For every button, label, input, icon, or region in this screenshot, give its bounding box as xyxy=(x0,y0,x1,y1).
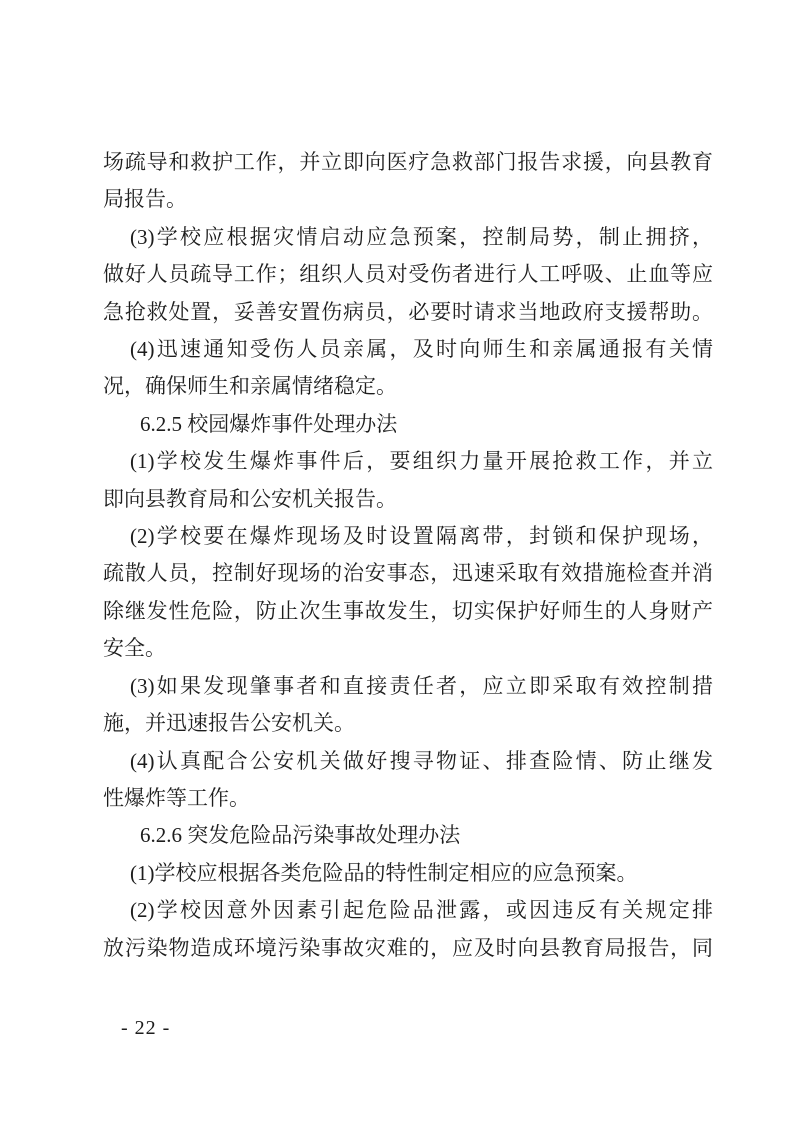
text-line: (4)迅速通知受伤人员亲属，及时向师生和亲属通报有关情 xyxy=(103,331,713,368)
text-line: (3)学校应根据灾情启动应急预案，控制局势，制止拥挤， xyxy=(103,219,713,256)
text-line: (4)认真配合公安机关做好搜寻物证、排查险情、防止继发 xyxy=(103,743,713,780)
text-line: 性爆炸等工作。 xyxy=(103,780,713,817)
text-line: 除继发性危险，防止次生事故发生，切实保护好师生的人身财产 xyxy=(103,593,713,630)
text-line: 急抢救处置，妥善安置伤病员，必要时请求当地政府支援帮助。 xyxy=(103,294,713,331)
text-line: (1)学校发生爆炸事件后，要组织力量开展抢救工作，并立 xyxy=(103,443,713,480)
text-line: 局报告。 xyxy=(103,181,713,218)
text-line: 施，并迅速报告公安机关。 xyxy=(103,705,713,742)
document-body: 场疏导和救护工作，并立即向医疗急救部门报告求援，向县教育局报告。(3)学校应根据… xyxy=(103,144,713,967)
text-line: 即向县教育局和公安机关报告。 xyxy=(103,481,713,518)
page-number: - 22 - xyxy=(121,1017,170,1039)
text-line: 疏散人员，控制好现场的治安事态，迅速采取有效措施检查并消 xyxy=(103,555,713,592)
text-line: (2)学校因意外因素引起危险品泄露，或因违反有关规定排 xyxy=(103,892,713,929)
page-footer: - 22 - xyxy=(121,1013,170,1043)
section-heading-line: 6.2.6 突发危险品污染事故处理办法 xyxy=(103,817,713,854)
text-line: 放污染物造成环境污染事故灾难的，应及时向县教育局报告，同 xyxy=(103,930,713,967)
text-line: (2)学校要在爆炸现场及时设置隔离带，封锁和保护现场， xyxy=(103,518,713,555)
text-line: (1)学校应根据各类危险品的特性制定相应的应急预案。 xyxy=(103,855,713,892)
section-heading-line: 6.2.5 校园爆炸事件处理办法 xyxy=(103,406,713,443)
document-page: 场疏导和救护工作，并立即向医疗急救部门报告求援，向县教育局报告。(3)学校应根据… xyxy=(0,0,793,1122)
text-line: 场疏导和救护工作，并立即向医疗急救部门报告求援，向县教育 xyxy=(103,144,713,181)
text-line: (3)如果发现肇事者和直接责任者，应立即采取有效控制措 xyxy=(103,668,713,705)
text-line: 做好人员疏导工作；组织人员对受伤者进行人工呼吸、止血等应 xyxy=(103,256,713,293)
text-line: 安全。 xyxy=(103,630,713,667)
text-line: 况，确保师生和亲属情绪稳定。 xyxy=(103,368,713,405)
